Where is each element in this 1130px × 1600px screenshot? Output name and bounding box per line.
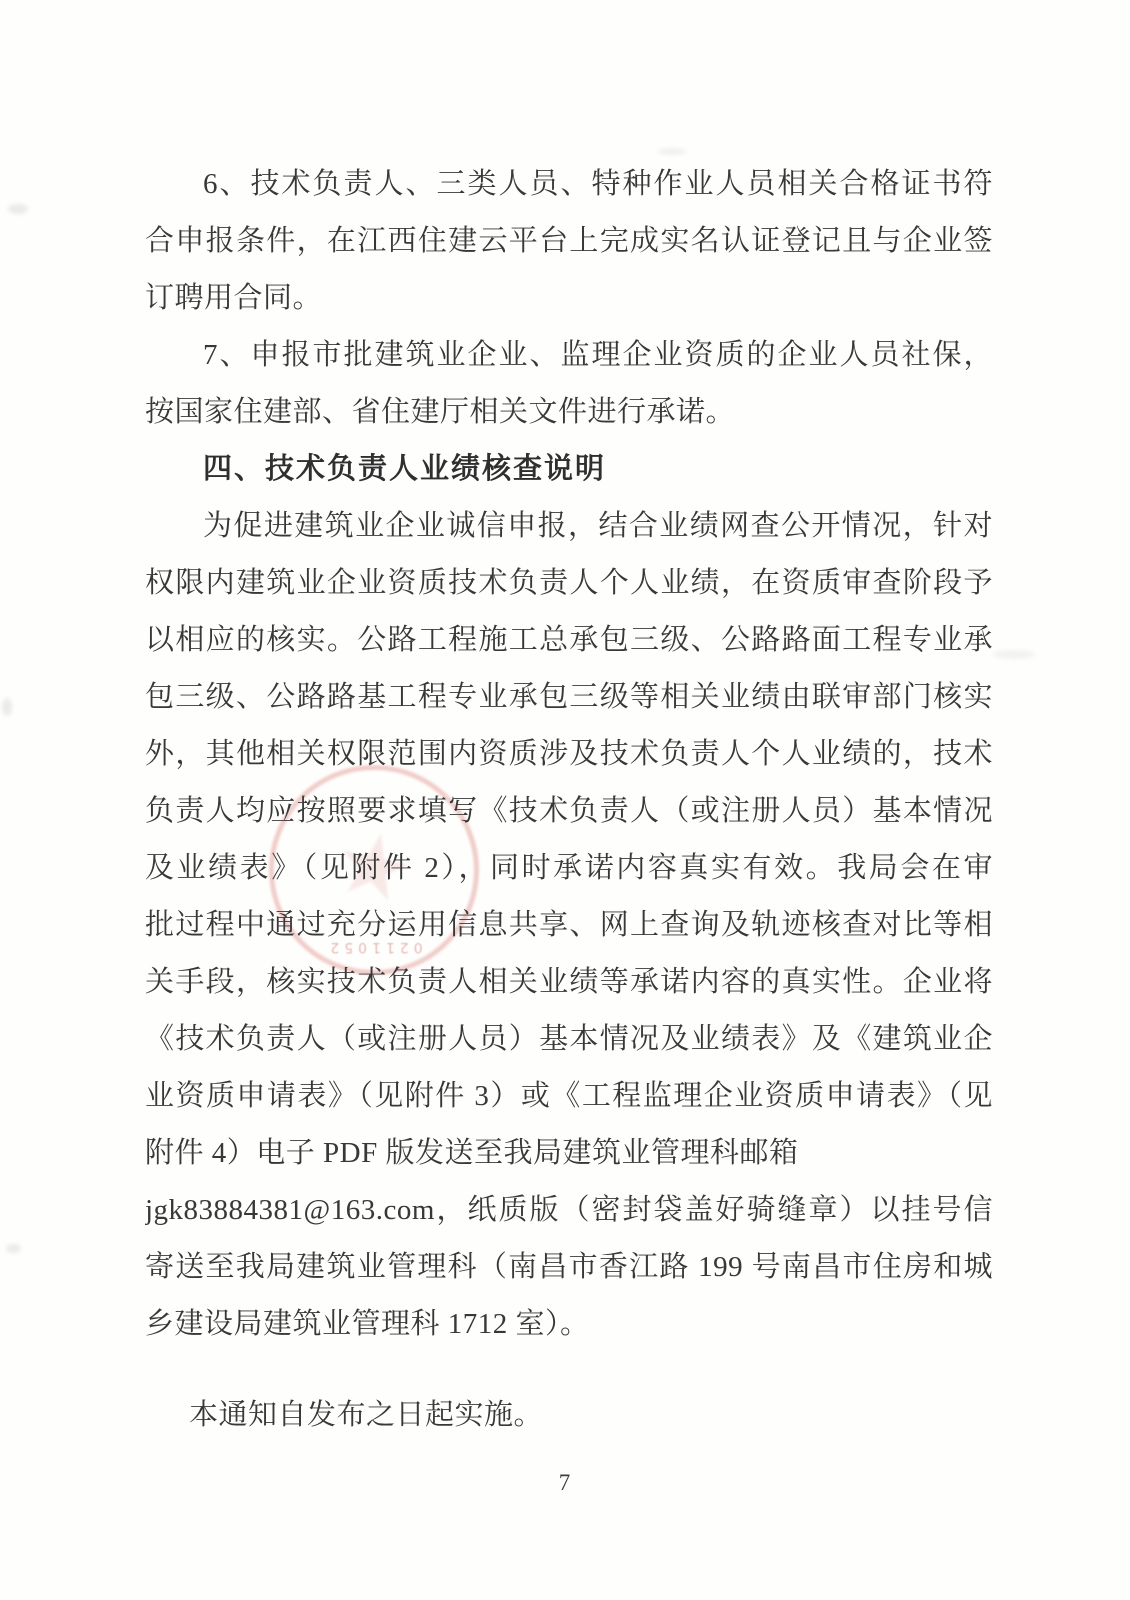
doc-line: 乡建设局建筑业管理科 1712 室）。	[145, 1296, 993, 1353]
doc-line: 及业绩表》（见附件 2），同时承诺内容真实有效。我局会在审	[145, 840, 993, 897]
doc-line: 负责人均应按照要求填写《技术负责人（或注册人员）基本情况	[145, 783, 993, 840]
notice-effective-line: 本通知自发布之日起实施。	[145, 1387, 993, 1444]
doc-line: 外，其他相关权限范围内资质涉及技术负责人个人业绩的，技术	[145, 726, 993, 783]
doc-line: 7、申报市批建筑业企业、监理企业资质的企业人员社保，	[145, 327, 993, 384]
doc-line: 权限内建筑业企业资质技术负责人个人业绩，在资质审查阶段予	[145, 555, 993, 612]
section-heading: 四、技术负责人业绩核查说明	[145, 441, 993, 498]
doc-line: 按国家住建部、省住建厅相关文件进行承诺。	[145, 384, 993, 441]
doc-line: 包三级、公路路基工程专业承包三级等相关业绩由联审部门核实	[145, 669, 993, 726]
page-number: 7	[0, 1470, 1130, 1496]
doc-line-email: jgk83884381@163.com，纸质版（密封袋盖好骑缝章）以挂号信的形式	[145, 1182, 993, 1239]
scan-smudge	[2, 698, 12, 716]
doc-line: 6、技术负责人、三类人员、特种作业人员相关合格证书符	[145, 156, 993, 213]
doc-line: 寄送至我局建筑业管理科（南昌市香江路 199 号南昌市住房和城	[145, 1239, 993, 1296]
scan-smudge	[8, 204, 28, 214]
doc-line: 以相应的核实。公路工程施工总承包三级、公路路面工程专业承	[145, 612, 993, 669]
scanned-document-page: ★ 0211052 6、技术负责人、三类人员、特种作业人员相关合格证书符 合申报…	[0, 0, 1130, 1600]
doc-line: 附件 4）电子 PDF 版发送至我局建筑业管理科邮箱	[145, 1125, 993, 1182]
scan-smudge	[658, 148, 686, 155]
scan-smudge	[6, 1244, 21, 1253]
doc-line: 业资质申请表》（见附件 3）或《工程监理企业资质申请表》（见	[145, 1068, 993, 1125]
scan-smudge	[993, 650, 1035, 659]
document-body: 6、技术负责人、三类人员、特种作业人员相关合格证书符 合申报条件，在江西住建云平…	[145, 156, 993, 1444]
doc-line: 《技术负责人（或注册人员）基本情况及业绩表》及《建筑业企	[145, 1011, 993, 1068]
doc-line: 关手段，核实技术负责人相关业绩等承诺内容的真实性。企业将	[145, 954, 993, 1011]
doc-line: 订聘用合同。	[145, 270, 993, 327]
doc-line: 为促进建筑业企业诚信申报，结合业绩网查公开情况，针对	[145, 498, 993, 555]
doc-line: 合申报条件，在江西住建云平台上完成实名认证登记且与企业签	[145, 213, 993, 270]
doc-line: 批过程中通过充分运用信息共享、网上查询及轨迹核查对比等相	[145, 897, 993, 954]
